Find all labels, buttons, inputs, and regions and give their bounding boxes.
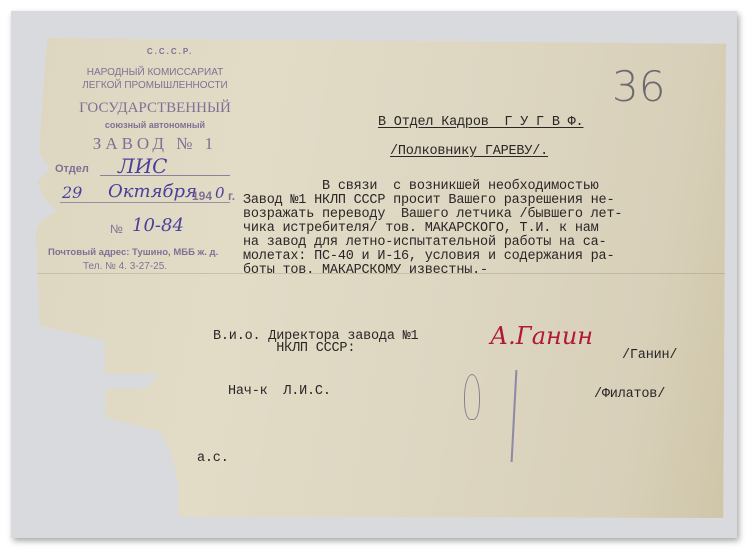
director-title-line2: НКЛП СССР: xyxy=(213,342,355,356)
date-year-prefix: 194 xyxy=(192,189,212,203)
stamp-state: ГОСУДАРСТВЕННЫЙ xyxy=(65,100,245,117)
number-value: 10-84 xyxy=(132,215,184,236)
body-line: молетах: ПС-40 и И-16, условия и содержа… xyxy=(243,250,614,264)
stamp-union: союзный автономный xyxy=(65,120,245,130)
stamp-commissariat-line1: НАРОДНЫЙ КОМИССАРИАТ xyxy=(65,67,245,78)
date-day: 29 xyxy=(62,183,82,202)
signature-loop-stroke xyxy=(464,374,480,420)
department-value: ЛИС xyxy=(118,154,167,178)
body-line: на завод для летно-испытательной работы … xyxy=(243,236,606,250)
body-line: чика истребителя/ тов. МАКАРСКОГО, Т.И. … xyxy=(243,222,599,236)
stamp-phone: Тел. № 4. 3-27-25. xyxy=(83,261,167,272)
stamp-factory: ЗАВОД № 1 xyxy=(65,134,245,154)
date-year-suffix: 0 xyxy=(215,184,225,202)
date-suffix: г. xyxy=(228,189,235,203)
body-line: возражать переводу Вашего летчика /бывше… xyxy=(243,208,622,222)
body-line: боты тов. МАКАРСКОМУ известны.- xyxy=(243,264,488,278)
director-signature: А.Ганин xyxy=(490,322,593,350)
addressee-line2: /Полковнику ГАРЕВУ/. xyxy=(390,145,548,159)
body-line: Завод №1 НКЛП СССР просит Вашего разреше… xyxy=(243,194,614,208)
archive-number: 36 xyxy=(612,66,665,108)
stamp-country: С.С.С.Р. xyxy=(110,47,230,56)
stamp-address: Почтовый адрес: Тушино, МББ ж. д. xyxy=(48,247,218,258)
stamp-department-label: Отдел xyxy=(55,163,89,175)
chief-title: Нач-к Л.И.С. xyxy=(228,385,331,399)
date-month: Октября xyxy=(108,181,197,202)
director-name: /Ганин/ xyxy=(622,349,677,363)
chief-name: /Филатов/ xyxy=(594,388,665,402)
stamp-commissariat-line2: ЛЕГКОЙ ПРОМЫШЛЕННОСТИ xyxy=(65,80,245,91)
addressee-line1: В Отдел Кадров Г У Г В Ф. xyxy=(378,116,583,130)
number-label: № xyxy=(110,222,123,236)
date-underline xyxy=(60,202,230,203)
body-line: В связи с возникшей необходимостью xyxy=(243,180,599,194)
typist-initials: а.с. xyxy=(197,452,229,466)
